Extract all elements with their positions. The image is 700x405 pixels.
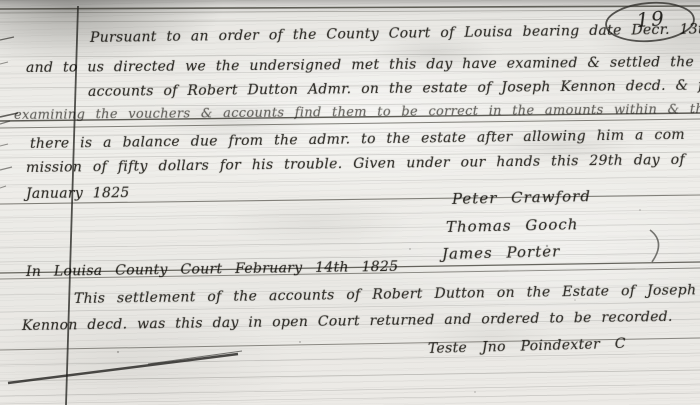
handwriting-line-4: examining the vouchers & accounts find t… [14,102,700,124]
court-heading-line: In Louisa County Court February 14th 182… [26,259,399,282]
signature-thomas-gooch: Thomas Gooch [446,215,579,237]
handwriting-line-7: January 1825 [26,185,130,203]
handwriting-line-3: accounts of Robert Dutton Admr. on the e… [88,77,700,102]
bracket-flourish [650,230,659,262]
scanned-document-page: 19 Pursuant to an order of the County Co… [0,0,700,405]
signature-james-porter: James Porter [442,242,561,263]
handwriting-line-1: Pursuant to an order of the County Court… [90,21,700,48]
diagonal-pen-stroke [8,351,242,383]
court-order-line-1: This settlement of the accounts of Rober… [74,282,697,308]
handwriting-line-2: and to us directed we the undersigned me… [26,54,694,77]
signature-peter-crawford: Peter Crawford [452,187,591,209]
handwriting-line-5: there is a balance due from the admr. to… [30,127,685,154]
court-order-line-2: Kennon decd. was this day in open Court … [22,309,673,336]
handwriting-line-6: mission of fifty dollars for his trouble… [26,152,685,178]
clerk-attestation-line: Teste Jno Poindexter C [428,336,626,359]
